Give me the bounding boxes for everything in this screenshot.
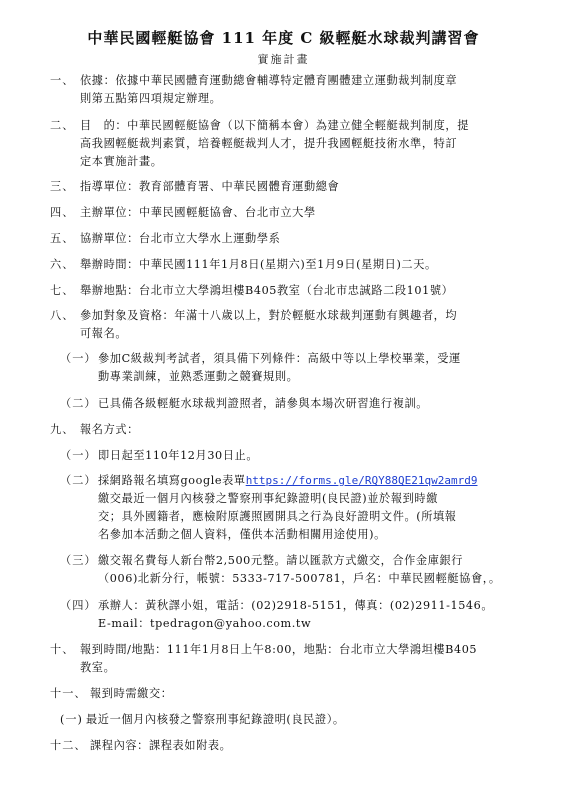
item-number: （二） [60, 472, 97, 490]
section-text: 協辦單位：台北市立大學水上運動學系 [80, 230, 280, 248]
section-number: 十、 [50, 641, 74, 659]
item-text: 採網路報名填寫google表單https://forms.gle/RQY88QE… [98, 472, 477, 490]
item-text: E-mail：tpedragon@yahoo.com.tw [98, 615, 311, 633]
item-number: （一） [60, 350, 97, 368]
section-text: 目 的：中華民國輕艇協會（以下簡稱本會）為建立健全輕艇裁判制度，提 [80, 117, 469, 135]
section-number: 十二、 [50, 737, 87, 755]
section-number: 一、 [50, 72, 74, 90]
item-text: 已具備各級輕艇水球裁判證照者，請參與本場次研習進行複訓。 [98, 395, 428, 413]
section-text: 依據：依據中華民國體育運動總會輔導特定體育團體建立運動裁判制度章 [80, 72, 457, 90]
section-text: 課程內容：課程表如附表。 [90, 737, 231, 755]
section-number: 四、 [50, 204, 74, 222]
item-text: 名參加本活動之個人資料，僅供本活動相關用途使用)。 [98, 526, 386, 544]
section-text: 舉辦時間：中華民國111年1月8日(星期六)至1月9日(星期日)二天。 [80, 256, 437, 274]
section-text: 參加對象及資格：年滿十八歲以上，對於輕艇水球裁判運動有興趣者，均 [80, 307, 457, 325]
section-text: 舉辦地點：台北市立大學鴻坦樓B405教室（台北市忠誠路二段101號） [80, 282, 453, 300]
section-text: 報到時需繳交： [90, 685, 173, 703]
item-text: 承辦人：黃秋譯小姐，電話：(02)2918-5151，傳真：(02)2911-1… [98, 597, 493, 615]
item-number: （四） [60, 597, 97, 615]
section-number: 二、 [50, 117, 74, 135]
item-text-prefix: 採網路報名填寫google表單 [98, 474, 246, 487]
document-subtitle: 實施計畫 [0, 51, 567, 67]
section-text: 定本實施計畫。 [80, 153, 163, 171]
section-text: 可報名。 [80, 325, 127, 343]
document-page: 中華民國輕艇協會 111 年度 C 級輕艇水球裁判講習會 實施計畫 一、 依據：… [0, 0, 567, 800]
section-text: 報名方式： [80, 421, 139, 439]
section-number: 五、 [50, 230, 74, 248]
section-number: 七、 [50, 282, 74, 300]
item-text: 繳交報名費每人新台幣2,500元整。請以匯款方式繳交，合作金庫銀行 [98, 552, 463, 570]
item-number: （二） [60, 395, 97, 413]
section-text: 教室。 [80, 659, 115, 677]
section-text: 則第五點第四項規定辦理。 [80, 90, 221, 108]
google-form-link[interactable]: https://forms.gle/RQY88QE21qw2amrd9 [246, 474, 478, 487]
section-number: 九、 [50, 421, 74, 439]
item-text: 動專業訓練，並熟悉運動之競賽規則。 [98, 368, 298, 386]
item-number: （一） [60, 447, 97, 465]
section-text: 報到時間/地點：111年1月8日上午8:00，地點：台北市立大學鴻坦樓B405 [80, 641, 477, 659]
section-text: 指導單位：教育部體育署、中華民國體育運動總會 [80, 178, 339, 196]
item-number: (一) [60, 711, 83, 729]
document-title: 中華民國輕艇協會 111 年度 C 級輕艇水球裁判講習會 [0, 27, 567, 48]
section-number: 八、 [50, 307, 74, 325]
section-text: 主辦單位：中華民國輕艇協會、台北市立大學 [80, 204, 316, 222]
item-text: 即日起至110年12月30日止。 [98, 447, 258, 465]
item-text: 參加C級裁判考試者，須具備下列條件：高級中等以上學校畢業，受運 [98, 350, 461, 368]
section-number: 三、 [50, 178, 74, 196]
section-number: 六、 [50, 256, 74, 274]
item-text: （006)北新分行，帳號：5333-717-500781，戶名：中華民國輕艇協會… [98, 570, 501, 588]
item-text: 交；具外國籍者，應檢附原護照國開具之行為良好證明文件。(所填報 [98, 508, 457, 526]
section-text: 高我國輕艇裁判素質，培養輕艇裁判人才，提升我國輕艇技術水準，特訂 [80, 135, 457, 153]
item-text: 最近一個月內核發之警察刑事紀錄證明(良民證）。 [86, 711, 345, 729]
item-number: （三） [60, 552, 97, 570]
item-text: 繳交最近一個月內核發之警察刑事紀錄證明(良民證)並於報到時繳 [98, 490, 438, 508]
section-number: 十一、 [50, 685, 87, 703]
